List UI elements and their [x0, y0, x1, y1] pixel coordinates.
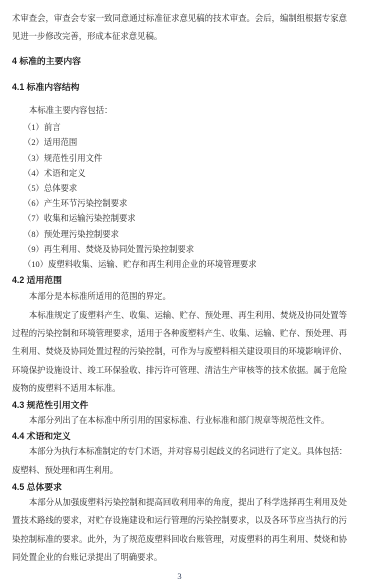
section-4-2-paragraph-2: 本标准规定了废塑料产生、收集、运输、贮存、预处理、再生利用、焚烧及协同处置等过程… — [12, 307, 347, 399]
section-4-4-paragraph: 本部分为执行本标准制定的专门术语，并对容易引起歧义的名词进行了定义。具体包括：废… — [12, 443, 347, 480]
section-4-2-paragraph-1: 本部分是本标准所适用的范围的界定。 — [12, 288, 347, 306]
section-4-3-paragraph: 本部分列出了在本标准中所引用的国家标准、行业标准和部门规章等规范性文件。 — [12, 412, 347, 430]
section-heading-4-3: 4.3 规范性引用文件 — [12, 399, 347, 412]
section-4-5-paragraph: 本部分从加强废塑料污染控制和提高回收利用率的角度，提出了科学选择再生利用及处置技… — [12, 494, 347, 568]
list-item: （7）收集和运输污染控制要求 — [23, 211, 347, 226]
list-item: （10）废塑料收集、运输、贮存和再生利用企业的环境管理要求 — [23, 257, 347, 272]
list-item: （9）再生利用、焚烧及协同处置污染控制要求 — [23, 242, 347, 257]
list-item: （5）总体要求 — [23, 181, 347, 196]
list-item: （1）前言 — [23, 120, 347, 135]
section-heading-4-1: 4.1 标准内容结构 — [12, 81, 347, 94]
list-item: （4）术语和定义 — [23, 166, 347, 181]
content-structure-list: （1）前言 （2）适用范围 （3）规范性引用文件 （4）术语和定义 （5）总体要… — [12, 120, 347, 272]
document-page: 术审查会，审查会专家一致同意通过标准征求意见稿的技术审查。会后，编制组根据专家意… — [0, 0, 379, 584]
section-heading-main: 4 标准的主要内容 — [12, 55, 347, 68]
intro-paragraph: 术审查会，审查会专家一致同意通过标准征求意见稿的技术审查。会后，编制组根据专家意… — [12, 10, 347, 47]
list-item: （6）产生环节污染控制要求 — [23, 196, 347, 211]
list-item: （8）预处理污染控制要求 — [23, 227, 347, 242]
list-item: （2）适用范围 — [23, 135, 347, 150]
list-item: （3）规范性引用文件 — [23, 151, 347, 166]
section-heading-4-5: 4.5 总体要求 — [12, 481, 347, 494]
section-4-1-lead: 本标准主要内容包括： — [12, 102, 347, 120]
section-heading-4-4: 4.4 术语和定义 — [12, 430, 347, 443]
section-heading-4-2: 4.2 适用范围 — [12, 274, 347, 287]
page-number: 3 — [12, 570, 347, 582]
